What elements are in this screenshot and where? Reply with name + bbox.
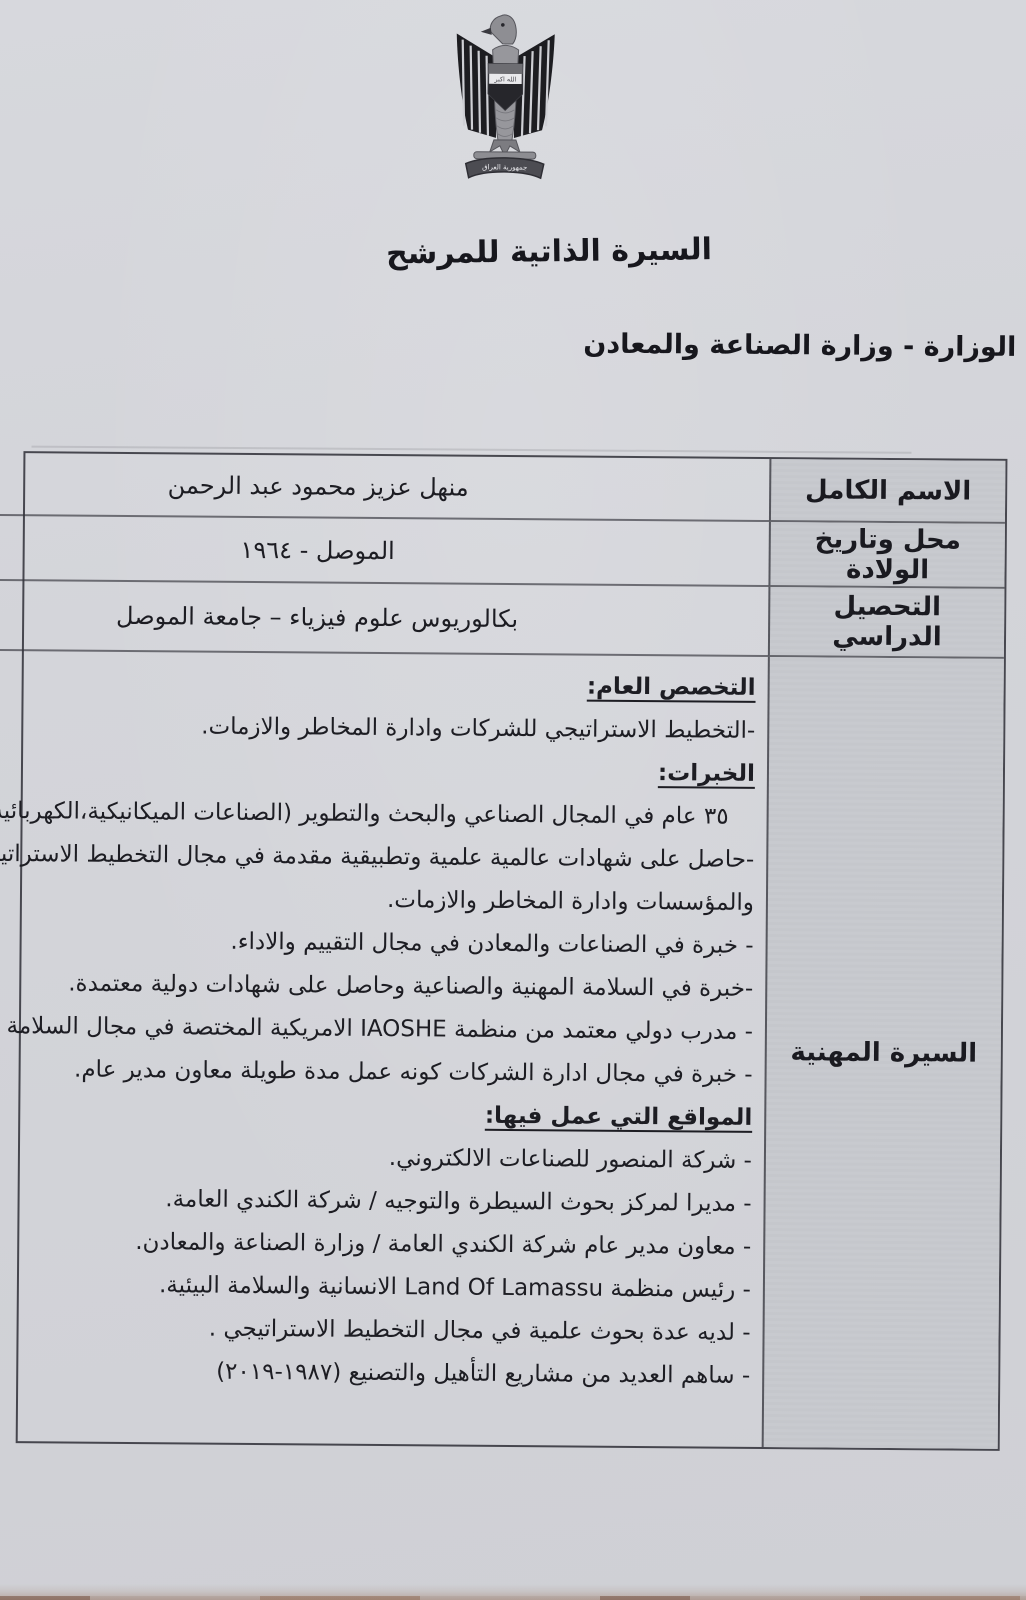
iraq-coat-of-arms-emblem: الله اكبر جمهورية العراق xyxy=(444,5,567,188)
career-line: -التخطيط الاستراتيجي للشركات وادارة المخ… xyxy=(0,703,755,753)
flag-motto-text: الله اكبر xyxy=(493,75,516,83)
row-label: السيرة المهنية xyxy=(762,657,1004,1449)
row-value: الموصل - ١٩٦٤ xyxy=(0,515,769,587)
career-line: - شركة المنصور للصناعات الالكتروني. xyxy=(0,1133,752,1183)
career-line: - مديرا لمركز بحوث السيطرة والتوجيه / شر… xyxy=(0,1176,752,1226)
career-line: - خبرة في مجال ادارة الشركات كونه عمل مد… xyxy=(0,1047,753,1097)
career-line: - لديه عدة بحوث علمية في مجال التخطيط ال… xyxy=(0,1305,751,1355)
career-line: ٣٥ عام في المجال الصناعي والبحث والتطوير… xyxy=(0,789,755,839)
ministry-line: الوزارة - وزارة الصناعة والمعادن xyxy=(583,329,1016,363)
scanned-document-sheet: الله اكبر جمهورية العراق السيرة الذاتية … xyxy=(0,0,1026,1600)
row-value: التخصص العام:-التخطيط الاستراتيجي للشركا… xyxy=(0,650,768,1447)
career-line: - مدرب دولي معتمد من منظمة IAOSHE الامري… xyxy=(0,1004,753,1054)
banner-country-text: جمهورية العراق xyxy=(482,163,527,171)
row-label: التحصيل الدراسي xyxy=(768,587,1005,659)
career-line: - ساهم العديد من مشاريع التأهيل والتصنيع… xyxy=(0,1348,750,1398)
desk-edge-smudge xyxy=(0,1596,1026,1600)
row-label: الاسم الكامل xyxy=(769,459,1005,524)
banner-scroll: جمهورية العراق xyxy=(466,158,544,179)
row-label: محل وتاريخ الولادة xyxy=(768,522,1005,589)
row-value: بكالوريوس علوم فيزياء – جامعة الموصل xyxy=(0,580,768,657)
cv-table: الاسم الكاملمنهل عزيز محمود عبد الرحمنمح… xyxy=(16,451,1008,1451)
career-section-heading: التخصص العام: xyxy=(0,660,756,710)
career-line: - رئيس منظمة Land Of Lamassu الانسانية و… xyxy=(0,1262,751,1312)
career-section-heading: المواقع التي عمل فيها: xyxy=(0,1090,752,1140)
career-line: - معاون مدير عام شركة الكندي العامة / وز… xyxy=(0,1219,751,1269)
career-line: -حاصل على شهادات عالمية علمية وتطبيقية م… xyxy=(0,832,754,882)
row-value: منهل عزيز محمود عبد الرحمن xyxy=(0,452,769,522)
career-line: والمؤسسات وادارة المخاطر والازمات. xyxy=(0,875,754,925)
document-title: السيرة الذاتية للمرشح xyxy=(36,228,1026,276)
eagle-head xyxy=(481,15,517,44)
career-line: - خبرة في الصناعات والمعادن في مجال التق… xyxy=(0,918,754,968)
career-section-heading: الخبرات: xyxy=(0,746,755,796)
career-line: -خبرة في السلامة المهنية والصناعية وحاصل… xyxy=(0,961,753,1011)
